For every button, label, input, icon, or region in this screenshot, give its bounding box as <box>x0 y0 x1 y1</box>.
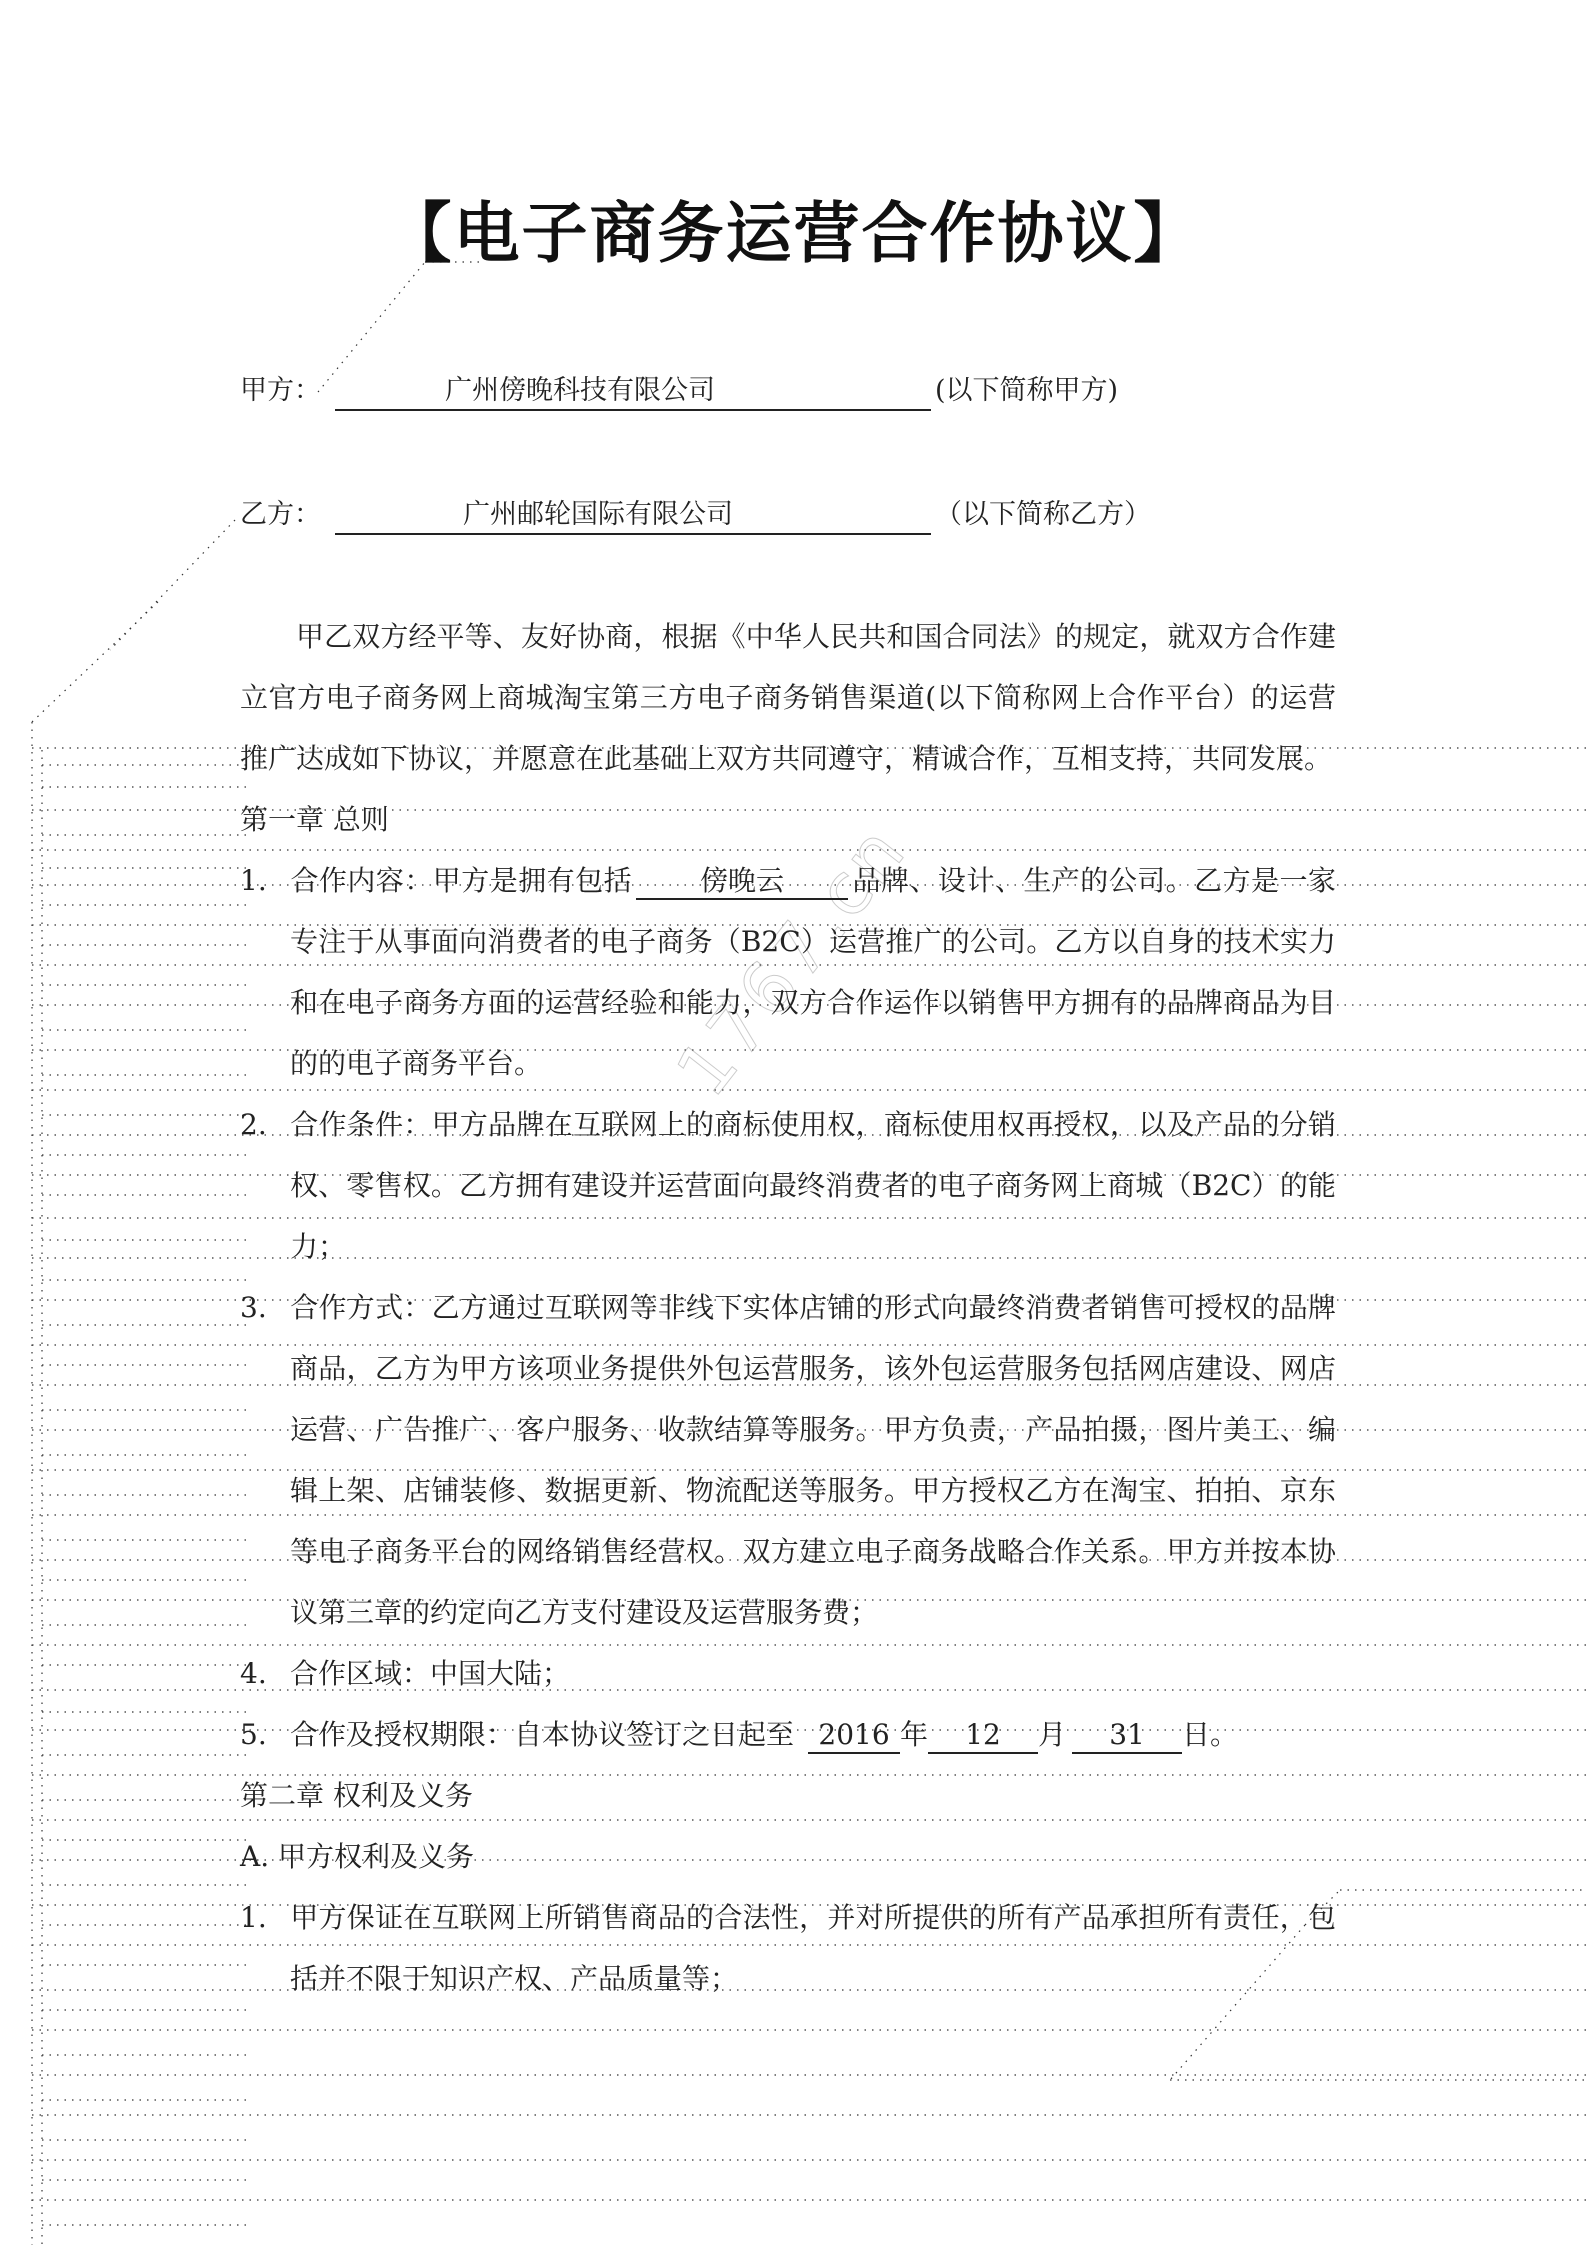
party-b-name-text: 广州邮轮国际有限公司 <box>463 499 733 530</box>
chapter-1-item-5: 5.合作及授权期限：自本协议签订之日起至2016年12月31日。 <box>240 1704 1336 1765</box>
day-blank: 31 <box>1072 1718 1182 1754</box>
item-number: 5. <box>240 1704 290 1765</box>
item-number: 2. <box>240 1094 290 1155</box>
year-unit: 年 <box>900 1718 928 1751</box>
chapter-1-heading: 第一章 总则 <box>240 789 1336 850</box>
item-number: 1. <box>240 1887 290 1948</box>
party-a-name: 广州傍晚科技有限公司 <box>335 373 931 411</box>
chapter-1-item-3: 3.合作方式：乙方通过互联网等非线下实体店铺的形式向最终消费者销售可授权的品牌商… <box>240 1277 1336 1643</box>
chapter-1-item-4: 4.合作区域：中国大陆； <box>240 1643 1336 1704</box>
party-a-suffix: (以下简称甲方) <box>935 368 1118 407</box>
chapter-1-item-2: 2.合作条件：甲方品牌在互联网上的商标使用权，商标使用权再授权，以及产品的分销权… <box>240 1094 1336 1277</box>
item-text: 合作区域：中国大陆； <box>290 1657 570 1690</box>
party-b-row: 乙方： 广州邮轮国际有限公司 （以下简称乙方） <box>240 492 1151 535</box>
item-text: 合作内容：甲方是拥有包括 <box>290 864 632 897</box>
party-b-suffix: （以下简称乙方） <box>935 492 1151 531</box>
contract-body: 甲乙双方经平等、友好协商，根据《中华人民共和国合同法》的规定，就双方合作建立官方… <box>240 606 1336 2009</box>
section-a-heading: A. 甲方权利及义务 <box>240 1826 1336 1887</box>
item-number: 1. <box>240 850 290 911</box>
chapter-2-item-1: 1.甲方保证在互联网上所销售商品的合法性，并对所提供的所有产品承担所有责任，包括… <box>240 1887 1336 2009</box>
day-unit: 日。 <box>1182 1718 1238 1751</box>
item-number: 4. <box>240 1643 290 1704</box>
year-blank: 2016 <box>808 1718 900 1754</box>
party-b-name: 广州邮轮国际有限公司 <box>335 497 931 535</box>
chapter-2-heading: 第二章 权利及义务 <box>240 1765 1336 1826</box>
preamble-paragraph: 甲乙双方经平等、友好协商，根据《中华人民共和国合同法》的规定，就双方合作建立官方… <box>240 606 1336 789</box>
party-a-row: 甲方： 广州傍晚科技有限公司 (以下简称甲方) <box>240 368 1118 411</box>
item-text: 合作方式：乙方通过互联网等非线下实体店铺的形式向最终消费者销售可授权的品牌商品，… <box>290 1291 1336 1629</box>
month-unit: 月 <box>1038 1718 1066 1751</box>
item-text: 甲方保证在互联网上所销售商品的合法性，并对所提供的所有产品承担所有责任，包括并不… <box>290 1901 1336 1995</box>
party-a-label: 甲方： <box>240 368 335 407</box>
brand-blank: 傍晚云 <box>636 864 848 900</box>
chapter-1-item-1: 1.合作内容：甲方是拥有包括傍晚云品牌、设计、生产的公司。乙方是一家专注于从事面… <box>240 850 1336 1094</box>
document-page: 1767.cn 【电子商务运营合作协议】 甲方： 广州傍晚科技有限公司 (以下简… <box>0 0 1587 2245</box>
item-text: 合作条件：甲方品牌在互联网上的商标使用权，商标使用权再授权，以及产品的分销权、零… <box>290 1108 1336 1263</box>
party-a-name-text: 广州傍晚科技有限公司 <box>445 375 715 406</box>
document-title: 【电子商务运营合作协议】 <box>0 180 1587 275</box>
item-text: 合作及授权期限：自本协议签订之日起至 <box>290 1718 794 1751</box>
item-number: 3. <box>240 1277 290 1338</box>
party-b-label: 乙方： <box>240 492 335 531</box>
month-blank: 12 <box>928 1718 1038 1754</box>
